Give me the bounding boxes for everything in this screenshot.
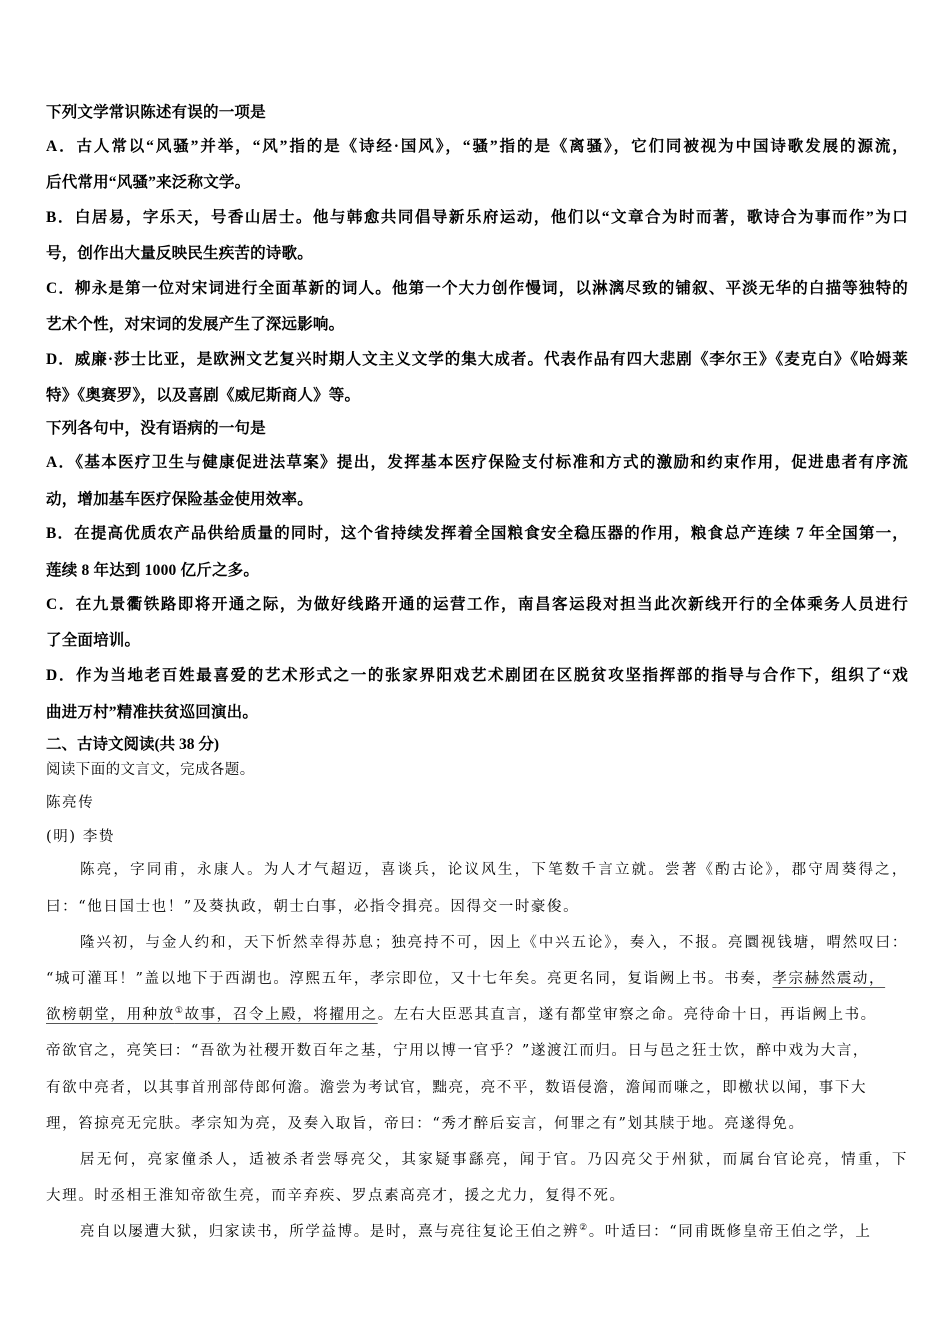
p2-line4: 帝欲官之，亮笑曰：“吾欲为社稷开数百年之基，宁用以博一官乎？”遂渡江而归。日与邑… bbox=[46, 1041, 869, 1061]
q2-option-b-line2: 莲续 8 年达到 1000 亿斤之多。 bbox=[46, 561, 259, 581]
footnote-marker-2: ② bbox=[579, 1223, 589, 1233]
q1-option-c-line2: 艺术个性，对宋词的发展产生了深远影响。 bbox=[46, 315, 344, 335]
q2-option-c-line2: 了全面培训。 bbox=[46, 631, 140, 651]
p2-line2: “城可灌耳！”盖以地下于西湖也。淳熙五年，孝宗即位，又十七年矣。亮更名同，复诣阙… bbox=[46, 969, 885, 989]
p1-line2: 曰：“他日国士也！”及葵执政，朝士白事，必指令揖亮。因得交一时豪俊。 bbox=[46, 897, 579, 917]
section-instruction: 阅读下面的文言文，完成各题。 bbox=[46, 760, 255, 780]
q1-option-d-line2: 特》《奥赛罗》，以及喜剧《威尼斯商人》等。 bbox=[46, 386, 360, 406]
p1-line1: 陈亮，字同甫，永康人。为人才气超迈，喜谈兵，论议风生，下笔数千言立就。尝著《酌古… bbox=[46, 860, 908, 880]
document-page: 下列文学常识陈述有误的一项是 A．古人常以“风骚”并举，“风”指的是《诗经·国风… bbox=[0, 0, 950, 1344]
p2-line6: 理，笞掠亮无完肤。孝宗知为亮，及奏入取旨，帝曰：“秀才醉后妄言，何罪之有”划其牍… bbox=[46, 1114, 805, 1134]
section-heading: 二、古诗文阅读(共 38 分) bbox=[46, 735, 219, 755]
p2-line3: 欲榜朝堂，用种放①故事，召令上殿，将擢用之。左右大臣恶其直言，遂有都堂审察之命。… bbox=[46, 1005, 877, 1025]
q1-option-a-line1: A．古人常以“风骚”并举，“风”指的是《诗经·国风》，“骚”指的是《离骚》，它们… bbox=[46, 137, 908, 157]
p2-line1: 隆兴初，与金人约和，天下忻然幸得苏息；独亮持不可，因上《中兴五论》，奏入，不报。… bbox=[46, 933, 908, 953]
p4-line1: 亮自以屡遭大狱，归家读书，所学益博。是时，熹与亮往复论王伯之辨②。叶适曰：“同甫… bbox=[46, 1222, 872, 1242]
p3-line1: 居无何，亮家僮杀人，适被杀者尝辱亮父，其家疑事繇亮，闻于官。乃囚亮父于州狱，而属… bbox=[46, 1150, 908, 1170]
p4-line1-text-a: 亮自以屡遭大狱，归家读书，所学益博。是时，熹与亮往复论王伯之辨 bbox=[80, 1224, 579, 1240]
q2-option-a-line2: 动，增加基车医疗保险基金使用效率。 bbox=[46, 490, 313, 510]
p3-line2: 大理。时丞相王淮知帝欲生亮，而辛弃疾、罗点素高亮才，援之尤力，复得不死。 bbox=[46, 1186, 626, 1206]
q2-option-d-line1: D．作为当地老百姓最喜爱的艺术形式之一的张家界阳戏艺术剧团在区脱贫攻坚指挥部的指… bbox=[46, 666, 908, 686]
q1-option-b-line2: 号，创作出大量反映民生疾苦的诗歌。 bbox=[46, 244, 313, 264]
question-1-stem: 下列文学常识陈述有误的一项是 bbox=[46, 103, 266, 123]
q2-option-c-line1: C．在九景衢铁路即将开通之际，为做好线路开通的运营工作，南昌客运段对担当此次新线… bbox=[46, 595, 908, 615]
q1-option-b-line1: B．白居易，字乐天，号香山居士。他与韩愈共同倡导新乐府运动，他们以“文章合为时而… bbox=[46, 208, 908, 228]
underlined-sentence-start: 孝宗赫然震动， bbox=[772, 971, 885, 987]
underlined-sentence-b: 故事，召令上殿，将擢用之 bbox=[184, 1007, 377, 1023]
underlined-sentence-a: 欲榜朝堂，用种放 bbox=[46, 1007, 175, 1023]
p2-line3-text: 。左右大臣恶其直言，遂有都堂审察之命。亮待命十日，再诣阙上书。 bbox=[378, 1007, 877, 1023]
question-2-stem: 下列各句中，没有语病的一句是 bbox=[46, 419, 266, 439]
p4-line1-text-b: 。叶适曰：“同甫既修皇帝王伯之学，上 bbox=[589, 1224, 872, 1240]
passage-author: (明) 李贽 bbox=[46, 827, 115, 847]
q1-option-d-line1: D．威廉·莎士比亚，是欧洲文艺复兴时期人文主义文学的集大成者。代表作品有四大悲剧… bbox=[46, 350, 908, 370]
q2-option-d-line2: 曲进万村”精准扶贫巡回演出。 bbox=[46, 703, 258, 723]
q2-option-b-line1: B．在提高优质农产品供给质量的同时，这个省持续发挥着全国粮食安全稳压器的作用，粮… bbox=[46, 524, 908, 544]
q1-option-c-line1: C．柳永是第一位对宋词进行全面革新的词人。他第一个大力创作慢词，以淋漓尽致的铺叙… bbox=[46, 279, 908, 299]
p2-line2-text: “城可灌耳！”盖以地下于西湖也。淳熙五年，孝宗即位，又十七年矣。亮更名同，复诣阙… bbox=[46, 971, 772, 987]
p2-line5: 有欲中亮者，以其事首刑部侍郎何澹。澹尝为考试官，黜亮，亮不平，数语侵澹，澹闻而嗛… bbox=[46, 1078, 867, 1098]
q2-option-a-line1: A．《基本医疗卫生与健康促进法草案》提出，发挥基本医疗保险支付标准和方式的激励和… bbox=[46, 453, 908, 473]
q1-option-a-line2: 后代常用“风骚”来泛称文学。 bbox=[46, 173, 250, 193]
passage-title: 陈亮传 bbox=[46, 793, 94, 813]
